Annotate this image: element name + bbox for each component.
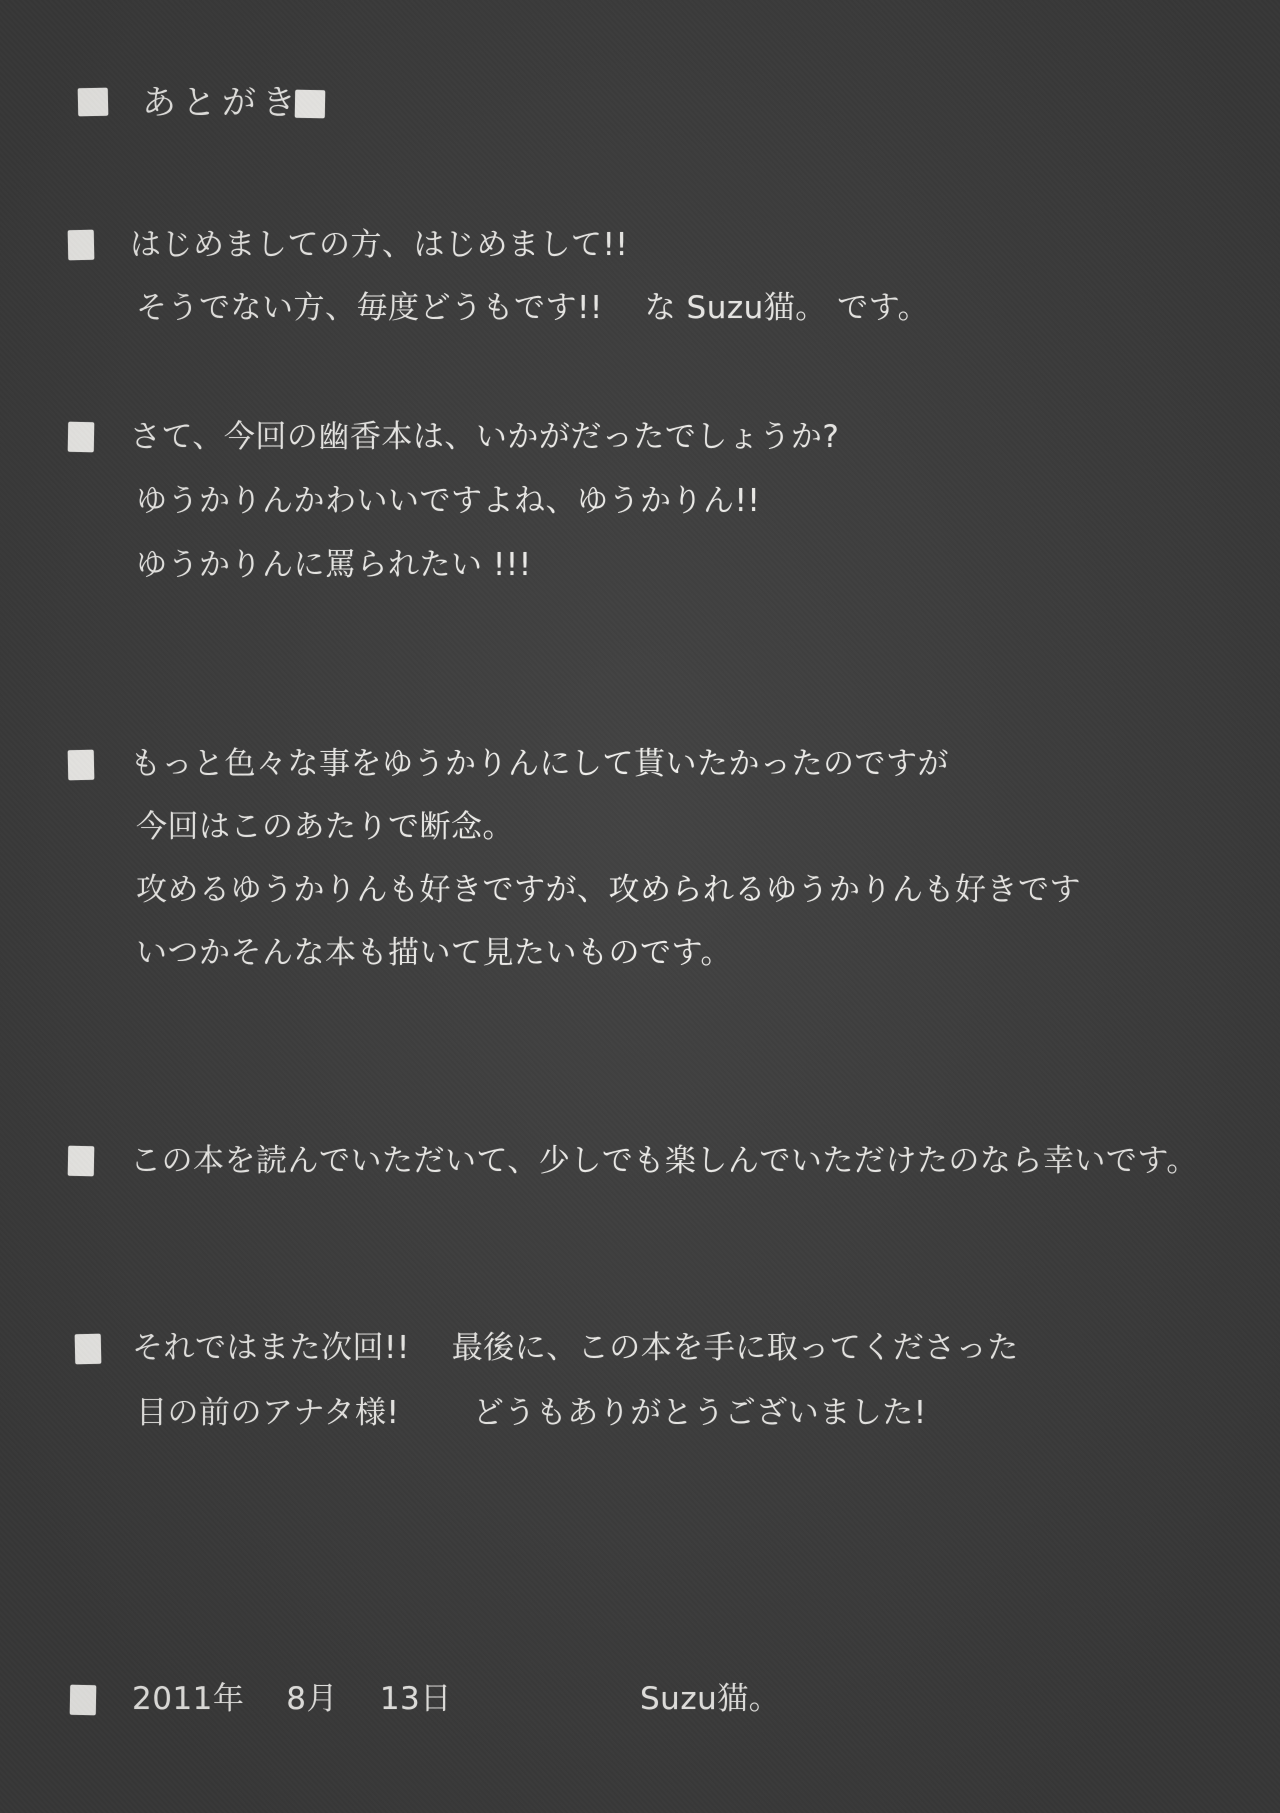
bullet-square-icon	[68, 1146, 95, 1176]
farewell-line-2: 目の前のアナタ様! どうもありがとうございました!	[136, 1396, 927, 1430]
thanks-line-1: この本を読んでいただいて、少しでも楽しんでいただけたのなら幸いです。	[130, 1144, 1198, 1178]
date-text: 2011年 8月 13日	[132, 1682, 452, 1716]
wish-line-1: もっと色々な事をゆうかりんにして貰いたかったのですが	[130, 747, 949, 781]
wish-line-2: 今回はこのあたりで断念。	[136, 810, 514, 844]
greeting-line-2: そうでない方、毎度どうもです!! な Suzu猫。 です。	[136, 291, 929, 325]
bullet-square-icon	[70, 1685, 97, 1715]
bullet-square-icon	[68, 750, 95, 781]
farewell-line-1: それではまた次回!! 最後に、この本を手に取ってくださった	[132, 1331, 1019, 1365]
greeting-line-1: はじめましての方、はじめまして!!	[130, 228, 628, 262]
bullet-square-icon	[68, 230, 95, 261]
book-line-3: ゆうかりんに罵られたい !!!	[136, 548, 532, 582]
book-line-2: ゆうかりんかわいいですよね、ゆうかりん!!	[136, 484, 760, 518]
bullet-square-icon	[68, 422, 95, 452]
bullet-square-icon	[295, 90, 325, 119]
book-line-1: さて、今回の幽香本は、いかがだったでしょうか?	[130, 420, 839, 454]
bullet-square-icon	[78, 88, 109, 117]
bullet-square-icon	[75, 1334, 102, 1365]
page-title: あとがき	[142, 85, 302, 122]
afterword-page: あとがき はじめましての方、はじめまして!! そうでない方、毎度どうもです!! …	[0, 0, 1280, 1813]
signature-text: Suzu猫。	[640, 1682, 780, 1716]
wish-line-3: 攻めるゆうかりんも好きですが、攻められるゆうかりんも好きです	[136, 873, 1081, 907]
wish-line-4: いつかそんな本も描いて見たいものです。	[136, 936, 732, 970]
